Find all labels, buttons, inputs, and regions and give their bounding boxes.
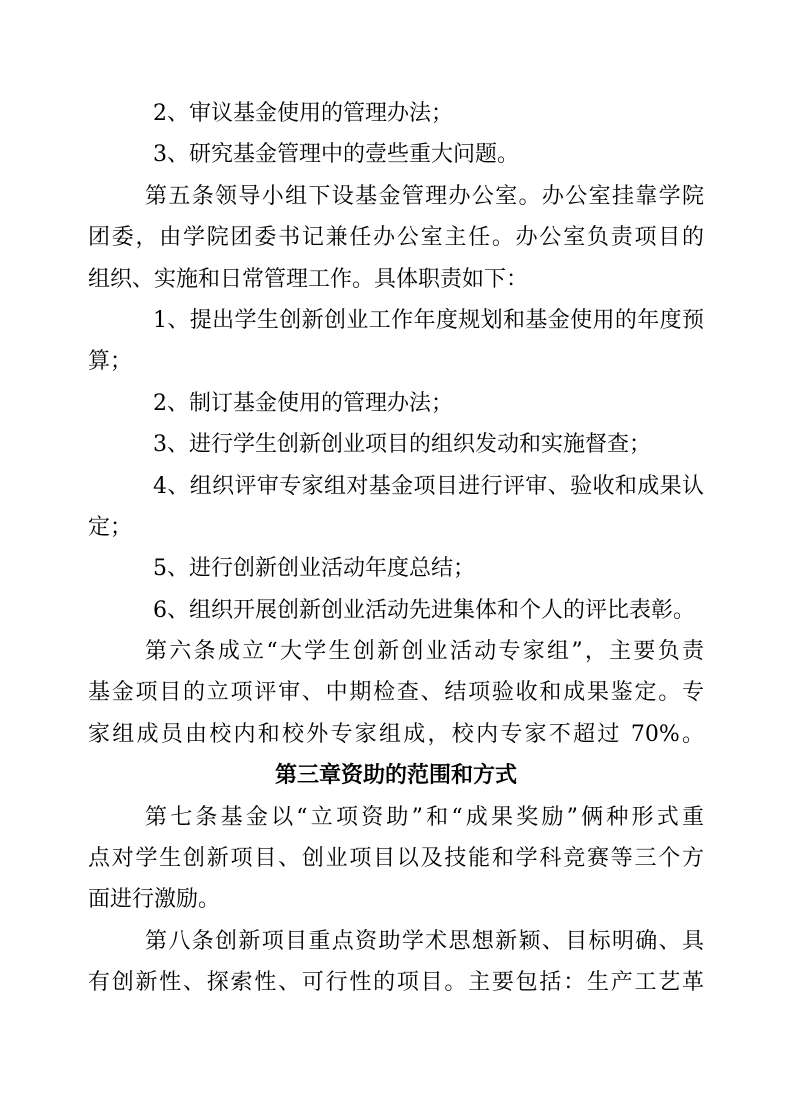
text-line: 第五条领导小组下设基金管理办公室。办公室挂靠学院 [88,176,704,217]
document-content: 2、审议基金使用的管理办法；3、研究基金管理中的壹些重大问题。第五条领导小组下设… [88,93,704,1004]
text-line: 家组成员由校内和校外专家组成，校内专家不超过 70%。 [88,714,704,755]
text-line: 点对学生创新项目、创业项目以及技能和学科竞赛等三个方 [88,838,704,879]
text-line: 5、进行创新创业活动年度总结； [88,548,704,589]
text-line: 2、审议基金使用的管理办法； [88,93,704,134]
text-line: 4、组织评审专家组对基金项目进行评审、验收和成果认 [88,466,704,507]
text-line: 第八条创新项目重点资助学术思想新颖、目标明确、具 [88,921,704,962]
text-line: 团委，由学院团委书记兼任办公室主任。办公室负责项目的 [88,217,704,258]
text-line: 3、进行学生创新创业项目的组织发动和实施督查； [88,424,704,465]
document-page: 2、审议基金使用的管理办法；3、研究基金管理中的壹些重大问题。第五条领导小组下设… [0,0,792,1120]
text-line: 组织、实施和日常管理工作。具体职责如下： [88,259,704,300]
text-line: 基金项目的立项评审、中期检查、结项验收和成果鉴定。专 [88,672,704,713]
text-line: 第六条成立“大学生创新创业活动专家组”，主要负责 [88,631,704,672]
text-line: 算； [88,341,704,382]
text-line: 2、制订基金使用的管理办法； [88,383,704,424]
text-line: 1、提出学生创新创业工作年度规划和基金使用的年度预 [88,300,704,341]
text-line: 面进行激励。 [88,879,704,920]
text-line: 6、组织开展创新创业活动先进集体和个人的评比表彰。 [88,590,704,631]
text-line: 第七条基金以“立项资助”和“成果奖励”俩种形式重 [88,797,704,838]
text-line: 有创新性、探索性、可行性的项目。主要包括：生产工艺革 [88,962,704,1003]
chapter-heading: 第三章资助的范围和方式 [88,755,704,796]
text-line: 3、研究基金管理中的壹些重大问题。 [88,134,704,175]
text-line: 定； [88,507,704,548]
